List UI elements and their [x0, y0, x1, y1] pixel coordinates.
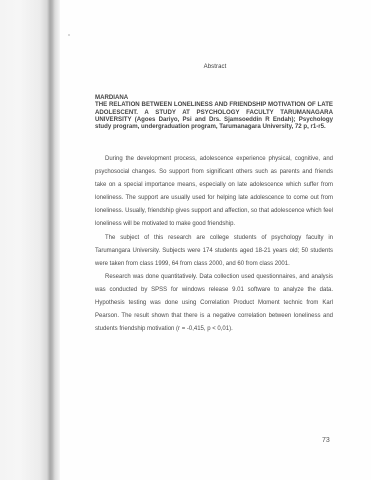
abstract-title: Abstract	[90, 64, 340, 70]
author-name: MARDIANA	[95, 94, 333, 101]
abstract-body: During the development process, adolesce…	[95, 153, 333, 336]
paragraph-method-results: Research was done quantitatively. Data c…	[95, 271, 333, 336]
paragraph-subjects: The subject of this research are college…	[95, 232, 333, 271]
citation-text: THE RELATION BETWEEN LONELINESS AND FRIE…	[95, 101, 333, 130]
binding-shadow	[0, 0, 60, 480]
page-number: 73	[322, 437, 330, 444]
paragraph-background: During the development process, adolesce…	[95, 153, 333, 232]
scan-speck	[68, 34, 70, 36]
citation-block: MARDIANA THE RELATION BETWEEN LONELINESS…	[95, 94, 333, 130]
